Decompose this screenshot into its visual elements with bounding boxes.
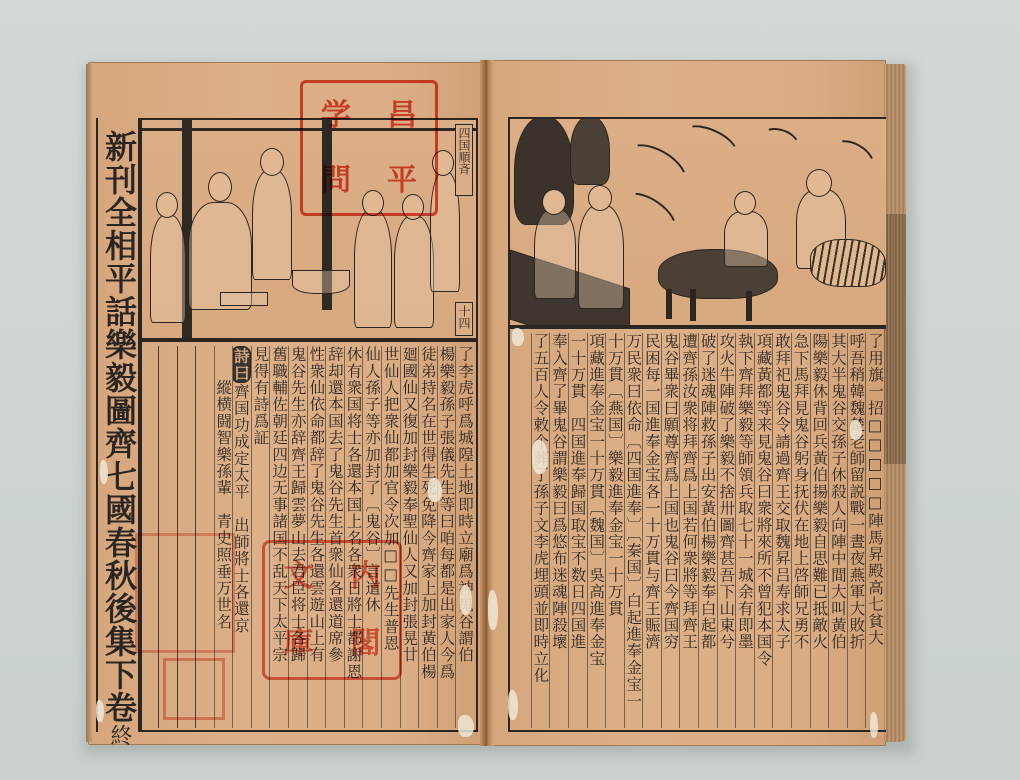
page-stack-edge bbox=[884, 64, 906, 742]
text-column: 呼吾稍韓魏楚老師留説戰一晝夜燕軍大敗折 bbox=[847, 333, 866, 728]
ox-leg bbox=[690, 289, 696, 321]
figure-head bbox=[542, 189, 566, 215]
text-column: 攻火牛陣破了樂毅不捨卅圖齊甚吾下山東兮 bbox=[717, 333, 736, 728]
text-column: 破了迷魂陣救孫子出安黃伯楊樂毅奉白起都 bbox=[698, 333, 717, 728]
text-column: 了用旗一招□□□□□陣馬昇殿高七貧大 bbox=[865, 333, 884, 728]
figure-head bbox=[734, 191, 756, 215]
tiger bbox=[810, 239, 886, 287]
sage-rider-figure bbox=[724, 211, 768, 267]
text-column: 一十万貫 四国進奉歸国取宝不数日四国進 bbox=[568, 333, 587, 728]
seal-char: 学 bbox=[321, 101, 351, 131]
text-column: 十万貫〔燕国〕樂毅進奉金宝一十万貫 bbox=[605, 333, 624, 728]
text-column: 其大半鬼谷交孫子休殺人向陣中間大叫黃伯 bbox=[828, 333, 847, 728]
text-column: 項藏黃都等来見鬼谷曰衆將來所不曾犯本国令 bbox=[754, 333, 773, 728]
right-text-block: 了用旗一招□□□□□陣馬昇殿高七貧大 呼吾稍韓魏楚老師留説戰一晝夜燕軍大敗折 其… bbox=[508, 327, 886, 732]
text-column: 万民衆曰依命〔四国進奉〕〔秦国〕白起進奉金宝一 bbox=[624, 333, 643, 728]
paper-wear-spot bbox=[100, 460, 108, 484]
figure-head bbox=[588, 185, 612, 211]
ox-leg bbox=[746, 291, 752, 321]
red-seal-shoheizaka: 学 昌 問 平 bbox=[300, 80, 438, 216]
text-column: 了李虎呼爲城隍土地即時立廟爲神鬼谷謂伯 bbox=[455, 346, 474, 728]
text-column: 敢拜祀鬼谷令請過齊王交取魏昇吕寿求太子 bbox=[772, 333, 791, 728]
poem-line: 齊国功成定太平 bbox=[232, 383, 250, 500]
text-column: 廻國仙又復加封樂毅奉聖仙人又加封張晃廿 bbox=[400, 346, 419, 728]
faded-red-seal bbox=[135, 533, 235, 653]
attendant-figure bbox=[150, 215, 186, 323]
armored-general-figure bbox=[578, 205, 624, 309]
paper-wear-spot bbox=[532, 440, 548, 474]
right-illustration bbox=[508, 117, 886, 327]
footstool bbox=[220, 292, 268, 306]
text-column: 陽樂毅休背回兵黃伯揚樂毅自思難已抵敵火 bbox=[810, 333, 829, 728]
tree-foliage bbox=[570, 117, 610, 185]
ox-leg bbox=[666, 289, 672, 319]
figure-head bbox=[156, 192, 178, 218]
right-text-columns: 了用旗一招□□□□□陣馬昇殿高七貧大 呼吾稍韓魏楚老師留説戰一晝夜燕軍大敗折 其… bbox=[512, 333, 884, 728]
elder-figure bbox=[252, 170, 292, 280]
red-seal-naikaku-bunko: 文 内 庫 閣 bbox=[262, 540, 402, 680]
text-column: 徒弟持名在世得生死免降今齊家上加封黃伯楊 bbox=[418, 346, 437, 728]
seal-char: 庫 bbox=[284, 629, 314, 659]
book-title-text: 新刊全相平話樂毅圖齊七國春秋後集下卷 bbox=[100, 130, 138, 724]
official-figure bbox=[394, 216, 434, 328]
cloud-swirl bbox=[757, 123, 803, 161]
seal-char: 閣 bbox=[351, 629, 381, 659]
paper-wear-spot bbox=[96, 700, 104, 722]
cloud-swirl bbox=[826, 133, 880, 180]
illustration-caption: 四国順斉 bbox=[455, 124, 473, 196]
armored-general-figure bbox=[534, 209, 576, 299]
book-title: 新刊全相平話樂毅圖齊七國春秋後集下卷終 bbox=[101, 130, 137, 747]
text-column: 奉入齊了畢鬼谷謂樂毅曰爲悠布迷魂陣殺壞 bbox=[549, 333, 568, 728]
seal-char: 昌 bbox=[387, 101, 417, 131]
poem-column: 詩曰齊国功成定太平 出師將士各還京 bbox=[232, 346, 251, 728]
text-column: 項藏進奉金宝一十万貫〔魏国〕吳高進奉金宝 bbox=[587, 333, 606, 728]
poem-line: 縱横闘智樂孫輩 bbox=[214, 379, 232, 496]
cloud-swirl bbox=[676, 118, 743, 171]
figure-head bbox=[806, 169, 832, 197]
paper-wear-spot bbox=[458, 715, 474, 737]
seal-char: 問 bbox=[321, 166, 351, 196]
paper-wear-spot bbox=[512, 328, 524, 346]
text-column: 鬼谷畢衆曰願尊齊爲上国也鬼谷曰今齊国穷 bbox=[661, 333, 680, 728]
seal-char: 内 bbox=[351, 562, 381, 592]
official-figure bbox=[354, 210, 392, 328]
paper-wear-spot bbox=[870, 712, 878, 738]
text-column: 了五百人令敕个葬了孫子文李虎埋頭並即時立化 bbox=[531, 333, 550, 728]
paper-wear-spot bbox=[460, 585, 472, 615]
paper-wear-spot bbox=[508, 690, 518, 720]
paper-wear-spot bbox=[488, 590, 498, 630]
page-number: 十四 bbox=[455, 302, 473, 336]
left-page-edge bbox=[86, 64, 92, 742]
brazier-fire bbox=[292, 270, 350, 294]
text-column: 急下馬拜見鬼谷躬身抚伏在地上啓師兄勇不 bbox=[791, 333, 810, 728]
book-gutter bbox=[480, 60, 494, 746]
paper-wear-spot bbox=[850, 420, 862, 440]
text-column: 民困每一国進奉金宝各一十万貫与齊王賑濟 bbox=[642, 333, 661, 728]
figure-head bbox=[208, 172, 232, 202]
seal-char: 文 bbox=[284, 562, 314, 592]
poem-label-tag: 詩曰 bbox=[232, 346, 251, 383]
faded-red-seal-small bbox=[163, 658, 225, 720]
paper-wear-spot bbox=[428, 478, 442, 502]
text-column: 楊樂毅孫子張儀先生等曰咱每都是出家人今爲 bbox=[437, 346, 456, 728]
seal-char: 平 bbox=[387, 166, 417, 196]
title-end-mark: 終 bbox=[107, 724, 132, 747]
text-column: 遭齊孫汝衆将拜齊爲上国若何衆將等拜齊王 bbox=[679, 333, 698, 728]
figure-head bbox=[260, 148, 284, 176]
text-column: 執下齊拜樂毅等師領兵取七十一城余有即墨 bbox=[735, 333, 754, 728]
